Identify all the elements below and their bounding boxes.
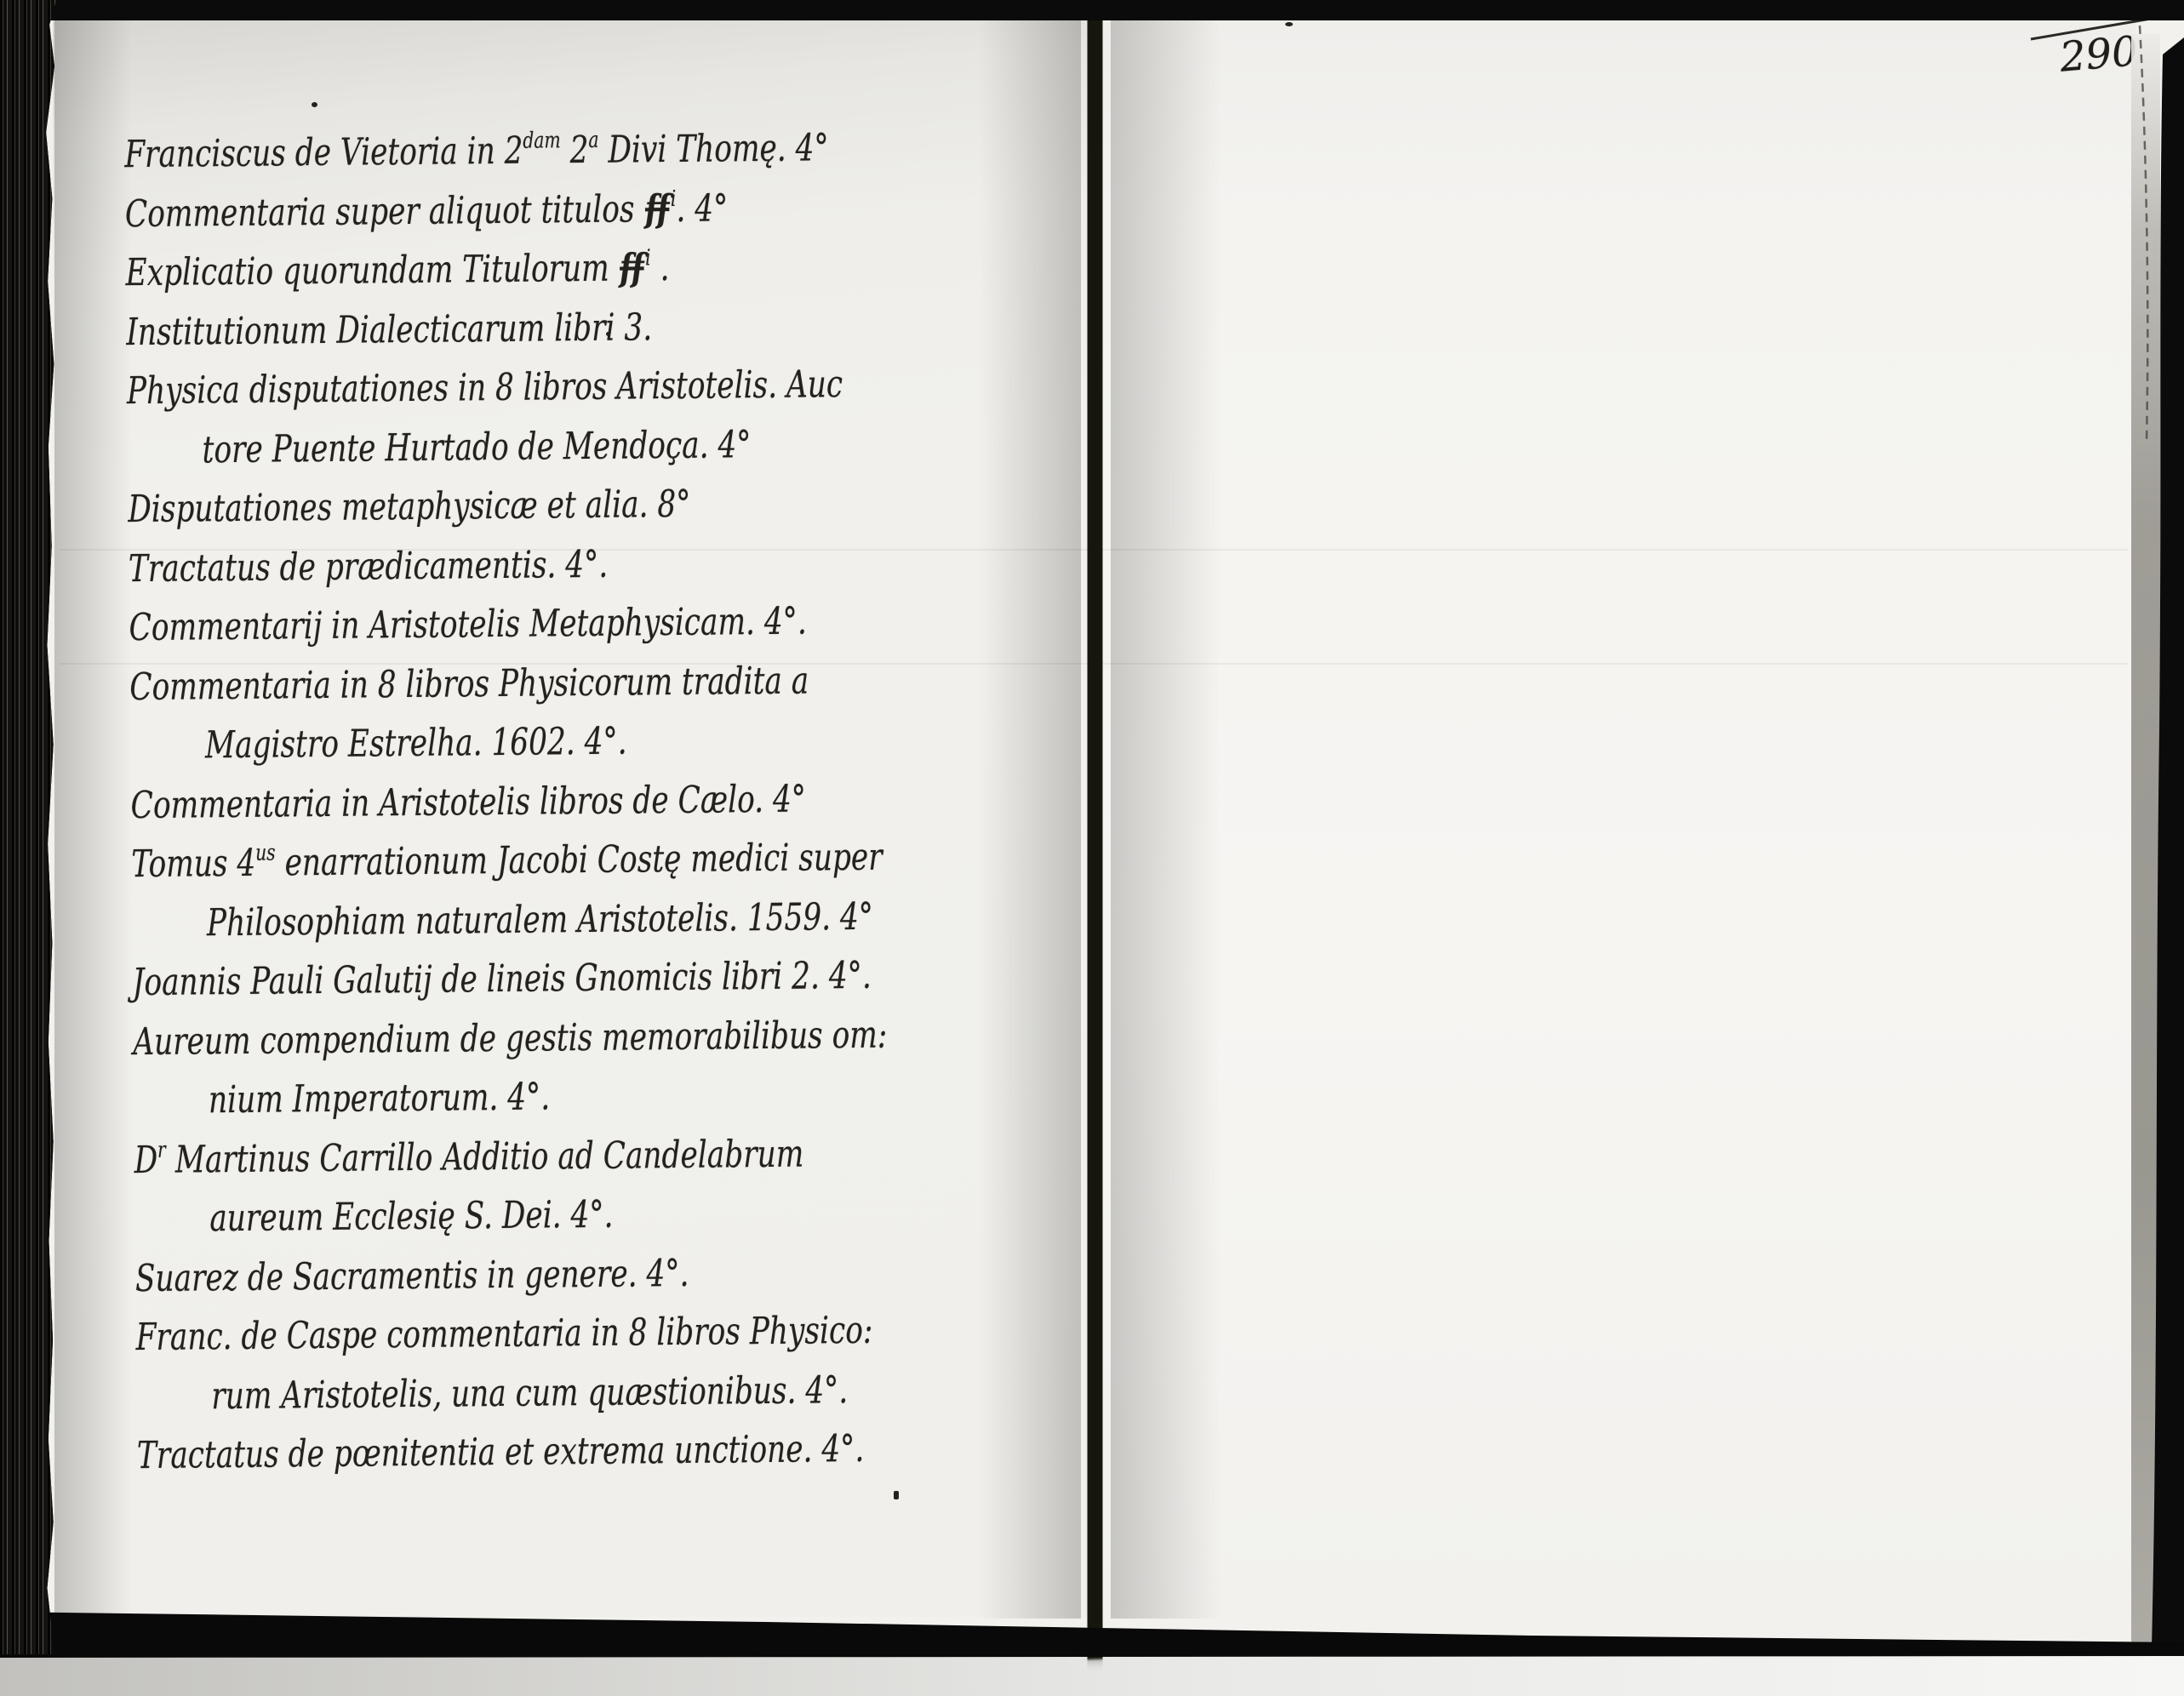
right-border <box>2152 37 2184 1651</box>
entry-line: Commentaria in 8 libros Physicorum tradi… <box>58 648 1097 717</box>
ink-speck <box>1285 22 1293 26</box>
entry-line: Philosophiam naturalem Aristotelis. 1559… <box>60 885 1100 954</box>
top-border <box>0 0 2184 20</box>
left-binding-edge <box>0 0 56 1654</box>
entry-line: tore Puente Hurtado de Mendoça. 4° <box>55 412 1095 481</box>
entry-line: nium Imperatorum. 4°. <box>62 1062 1101 1131</box>
entry-line: Tractatus de prædicamentis. 4°. <box>57 530 1096 599</box>
folio-number: 290 <box>2058 27 2140 82</box>
entry-line: Commentaria in Aristotelis libros de Cæl… <box>59 767 1098 836</box>
entry-line: Suarez de Sacramentis in genere. 4°. <box>64 1240 1103 1309</box>
manuscript-scan: Franciscus de Vietoria in 2dam 2a Divi T… <box>0 0 2184 1696</box>
entry-line: Physica disputationes in 8 libros Aristo… <box>55 352 1095 421</box>
entry-line: aureum Ecclesię S. Dei. 4°. <box>63 1180 1102 1249</box>
catalog-entries: Franciscus de Vietoria in 2dam 2a Divi T… <box>53 116 1104 1486</box>
ink-speck <box>606 332 610 336</box>
entry-line: Tomus 4us enarrationum Jacobi Costę medi… <box>60 825 1099 894</box>
entry-line: Magistro Estrelha. 1602. 4°. <box>59 707 1098 776</box>
entry-line: Dr Martinus Carrillo Additio ad Candelab… <box>62 1122 1101 1191</box>
entry-line: Commentaria super aliquot titulos ffi. 4… <box>54 175 1093 244</box>
entry-line: Institutionum Dialecticarum libri 3. <box>54 294 1094 363</box>
entry-line: Disputationes metaphysicæ et alia. 8° <box>56 471 1095 540</box>
scanline <box>60 663 2128 665</box>
scanline <box>60 549 2128 551</box>
entry-line: Commentarij in Aristotelis Metaphysicam.… <box>57 589 1096 658</box>
right-page <box>1096 19 2136 1617</box>
entry-line: Franciscus de Vietoria in 2dam 2a Divi T… <box>53 116 1092 185</box>
bottom-border <box>0 1612 2184 1658</box>
entry-line: Franc. de Caspe commentaria in 8 libros … <box>64 1299 1103 1368</box>
ink-speck <box>894 1491 899 1499</box>
entry-line: Tractatus de pœnitentia et extrema uncti… <box>66 1417 1105 1486</box>
entry-line: Explicatio quorundam Titulorum ffi . <box>54 234 1093 303</box>
ink-speck <box>312 102 317 107</box>
page-edge-line <box>2140 26 2147 443</box>
scanner-mat <box>0 1656 2184 1696</box>
entry-line: rum Aristotelis, una cum quæstionibus. 4… <box>65 1358 1104 1427</box>
entry-line: Aureum compendium de gestis memorabilibu… <box>61 1003 1101 1072</box>
entry-line: Joannis Pauli Galutij de lineis Gnomicis… <box>60 944 1100 1013</box>
